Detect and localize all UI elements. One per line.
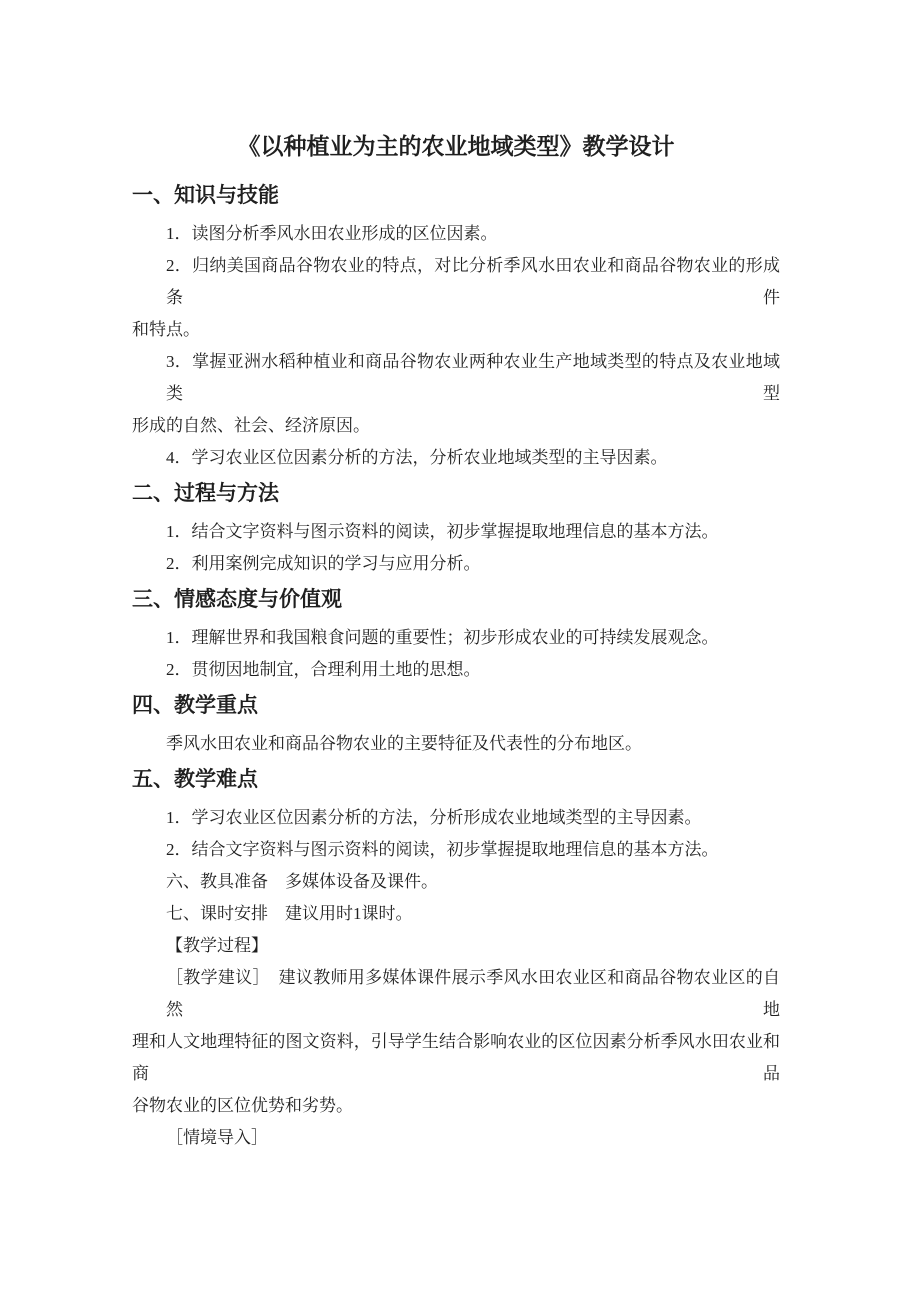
paragraph: ［教学建议］ 建议教师用多媒体课件展示季风水田农业区和商品谷物农业区的自然地理和… xyxy=(132,962,780,1122)
text-line: 1．结合文字资料与图示资料的阅读，初步掌握提取地理信息的基本方法。 xyxy=(132,516,780,548)
text-line: 2．结合文字资料与图示资料的阅读，初步掌握提取地理信息的基本方法。 xyxy=(132,834,780,866)
paragraph: 2．结合文字资料与图示资料的阅读，初步掌握提取地理信息的基本方法。 xyxy=(132,834,780,866)
document-body: 一、知识与技能1．读图分析季风水田农业形成的区位因素。2．归纳美国商品谷物农业的… xyxy=(132,178,780,1154)
text-line: 2．贯彻因地制宜，合理利用土地的思想。 xyxy=(132,654,780,686)
paragraph: 七、课时安排 建议用时1课时。 xyxy=(132,898,780,930)
text-line: 1．理解世界和我国粮食问题的重要性；初步形成农业的可持续发展观念。 xyxy=(132,622,780,654)
text-line: 六、教具准备 多媒体设备及课件。 xyxy=(132,866,780,898)
paragraph: 【教学过程】 xyxy=(132,930,780,962)
text-line: 谷物农业的区位优势和劣势。 xyxy=(132,1090,780,1122)
paragraph: 1．读图分析季风水田农业形成的区位因素。 xyxy=(132,218,780,250)
paragraph: 六、教具准备 多媒体设备及课件。 xyxy=(132,866,780,898)
paragraph: 4．学习农业区位因素分析的方法，分析农业地域类型的主导因素。 xyxy=(132,442,780,474)
text-line: 4．学习农业区位因素分析的方法，分析农业地域类型的主导因素。 xyxy=(132,442,780,474)
paragraph: 1．结合文字资料与图示资料的阅读，初步掌握提取地理信息的基本方法。 xyxy=(132,516,780,548)
section-heading: 二、过程与方法 xyxy=(132,476,780,512)
text-line: 2．归纳美国商品谷物农业的特点，对比分析季风水田农业和商品谷物农业的形成条件 xyxy=(132,250,780,314)
text-line: 理和人文地理特征的图文资料，引导学生结合影响农业的区位因素分析季风水田农业和商品 xyxy=(132,1026,780,1090)
text-line: 2．利用案例完成知识的学习与应用分析。 xyxy=(132,548,780,580)
text-line: 七、课时安排 建议用时1课时。 xyxy=(132,898,780,930)
paragraph: 季风水田农业和商品谷物农业的主要特征及代表性的分布地区。 xyxy=(132,728,780,760)
section-heading: 五、教学难点 xyxy=(132,762,780,798)
section-heading: 四、教学重点 xyxy=(132,688,780,724)
document-title: 《以种植业为主的农业地域类型》教学设计 xyxy=(132,126,780,166)
paragraph: 2．利用案例完成知识的学习与应用分析。 xyxy=(132,548,780,580)
paragraph: ［情境导入］ xyxy=(132,1122,780,1154)
paragraph: 2．贯彻因地制宜，合理利用土地的思想。 xyxy=(132,654,780,686)
text-line: ［情境导入］ xyxy=(132,1122,780,1154)
text-line: 1．读图分析季风水田农业形成的区位因素。 xyxy=(132,218,780,250)
text-line: ［教学建议］ 建议教师用多媒体课件展示季风水田农业区和商品谷物农业区的自然地 xyxy=(132,962,780,1026)
section-heading: 一、知识与技能 xyxy=(132,178,780,214)
section-heading: 三、情感态度与价值观 xyxy=(132,582,780,618)
text-line: 形成的自然、社会、经济原因。 xyxy=(132,410,780,442)
paragraph: 1．学习农业区位因素分析的方法，分析形成农业地域类型的主导因素。 xyxy=(132,802,780,834)
text-line: 1．学习农业区位因素分析的方法，分析形成农业地域类型的主导因素。 xyxy=(132,802,780,834)
text-line: 【教学过程】 xyxy=(132,930,780,962)
document-page: 《以种植业为主的农业地域类型》教学设计 一、知识与技能1．读图分析季风水田农业形… xyxy=(0,0,920,1302)
text-line: 季风水田农业和商品谷物农业的主要特征及代表性的分布地区。 xyxy=(132,728,780,760)
text-line: 和特点。 xyxy=(132,314,780,346)
paragraph: 1．理解世界和我国粮食问题的重要性；初步形成农业的可持续发展观念。 xyxy=(132,622,780,654)
text-line: 3．掌握亚洲水稻种植业和商品谷物农业两种农业生产地域类型的特点及农业地域类型 xyxy=(132,346,780,410)
paragraph: 2．归纳美国商品谷物农业的特点，对比分析季风水田农业和商品谷物农业的形成条件和特… xyxy=(132,250,780,346)
paragraph: 3．掌握亚洲水稻种植业和商品谷物农业两种农业生产地域类型的特点及农业地域类型形成… xyxy=(132,346,780,442)
document-content: 《以种植业为主的农业地域类型》教学设计 一、知识与技能1．读图分析季风水田农业形… xyxy=(132,126,780,1154)
